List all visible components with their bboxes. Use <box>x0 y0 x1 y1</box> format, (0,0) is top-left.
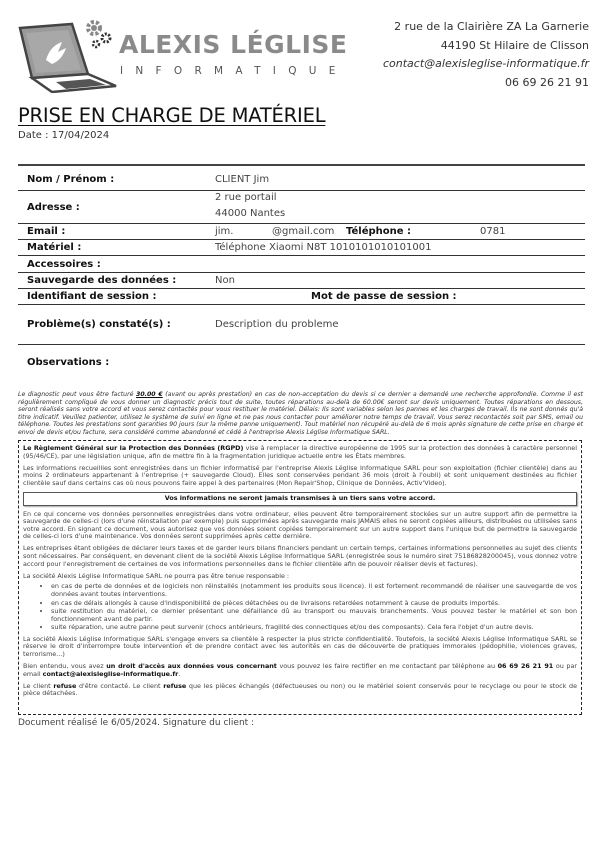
address-line2[interactable]: 44000 Nantes <box>215 208 285 219</box>
observations-label: Observations : <box>27 357 109 368</box>
diagnostic-fee: 30.00 € <box>136 391 163 398</box>
device-value[interactable]: Téléphone Xiaomi N8T 1010101010101001 <box>215 242 431 253</box>
rgpd-paragraph: Le client refuse d'être contacté. Le cli… <box>23 683 577 698</box>
legal-text-intro: Le diagnostic peut vous être facturé <box>18 391 136 398</box>
phone-label: Téléphone : <box>346 226 411 237</box>
address-line1[interactable]: 2 rue portail <box>215 192 277 203</box>
company-logo: ALEXIS LÉGLISE INFORMATIQUE <box>16 18 306 93</box>
document-date: Date : 17/04/2024 <box>18 130 109 141</box>
form-row-device: Matériel : Téléphone Xiaomi N8T 10101010… <box>18 240 585 256</box>
session-id-label: Identifiant de session : <box>27 291 157 302</box>
session-password-label: Mot de passe de session : <box>311 291 457 302</box>
problem-value[interactable]: Description du probleme <box>215 319 339 330</box>
page-title: PRISE EN CHARGE DE MATÉRIEL <box>18 104 325 127</box>
form-row-observations: Observations : <box>18 345 585 379</box>
address-label: Adresse : <box>27 202 80 213</box>
privacy-notice-box: Vos informations ne seront jamais transm… <box>23 492 577 506</box>
backup-value[interactable]: Non <box>215 275 235 286</box>
list-item: suite restitution du matériel, ce dernie… <box>51 608 577 623</box>
rgpd-section: Le Règlement Général sur la Protection d… <box>18 440 582 715</box>
rgpd-text: d'être contacté. Le client <box>76 682 163 690</box>
backup-label: Sauvegarde des données : <box>27 275 176 286</box>
form-row-accessories: Accessoires : <box>18 256 585 273</box>
signature-line: Document réalisé le 6/05/2024. Signature… <box>18 718 254 728</box>
form-row-name: Nom / Prénom : CLIENT Jim <box>18 164 585 191</box>
rgpd-paragraph: Les informations recueillies sont enregi… <box>23 465 577 488</box>
logo-subtitle: INFORMATIQUE <box>120 65 348 77</box>
intake-form: Nom / Prénom : CLIENT Jim Adresse : 2 ru… <box>18 164 585 379</box>
legal-text-body: (avant ou après prestation) en cas de no… <box>18 391 583 436</box>
contact-phone: 06 69 26 21 91 <box>498 662 554 670</box>
accessories-label: Accessoires : <box>27 259 101 270</box>
email-domain[interactable]: @gmail.com <box>272 226 334 237</box>
form-row-email: Email : jim. @gmail.com Téléphone : 0781 <box>18 224 585 240</box>
form-row-session: Identifiant de session : Mot de passe de… <box>18 289 585 305</box>
contact-email-link[interactable]: contact@alexisleglise-informatique.fr <box>43 670 179 678</box>
rgpd-paragraph: Le Règlement Général sur la Protection d… <box>23 445 577 460</box>
liability-list: en cas de perte de données et de logicie… <box>23 583 577 632</box>
rgpd-paragraph: La société Alexis Léglise Informatique S… <box>23 636 577 659</box>
company-email-link[interactable]: contact@alexisleglise-informatique.fr <box>383 55 589 74</box>
rgpd-paragraph: Bien entendu, vous avez un droit d'accès… <box>23 663 577 678</box>
email-local[interactable]: jim. <box>215 226 233 237</box>
rgpd-paragraph: Les entreprises étant obligées de déclar… <box>23 545 577 568</box>
company-phone: 06 69 26 21 91 <box>383 74 589 93</box>
legal-conditions: Le diagnostic peut vous être facturé 30.… <box>18 391 583 437</box>
name-label: Nom / Prénom : <box>27 174 114 185</box>
rgpd-emphasis: refuse <box>163 682 186 690</box>
company-address-line1: 2 rue de la Clairière ZA La Garnerie <box>383 18 589 37</box>
email-label: Email : <box>27 226 65 237</box>
form-row-problem: Problème(s) constaté(s) : Description du… <box>18 305 585 345</box>
company-address-line2: 44190 St Hilaire de Clisson <box>383 37 589 56</box>
list-item: en cas de délais allongés à cause d'indi… <box>51 600 577 608</box>
rgpd-text: . <box>178 670 180 678</box>
phone-value[interactable]: 0781 <box>480 226 505 237</box>
logo-title: ALEXIS LÉGLISE <box>119 30 347 59</box>
device-label: Matériel : <box>27 242 81 253</box>
list-item: suite réparation, une autre panne peut s… <box>51 624 577 632</box>
problem-label: Problème(s) constaté(s) : <box>27 319 171 330</box>
gears-icon <box>84 18 124 58</box>
rgpd-paragraph: En ce qui concerne vos données personnel… <box>23 511 577 541</box>
rgpd-text: vous pouvez les faire rectifier en me co… <box>277 662 498 670</box>
rgpd-paragraph: La société Alexis Léglise Informatique S… <box>23 573 577 581</box>
name-value[interactable]: CLIENT Jim <box>215 174 269 185</box>
form-row-address: Adresse : 2 rue portail 44000 Nantes <box>18 191 585 224</box>
form-row-backup: Sauvegarde des données : Non <box>18 273 585 289</box>
company-info: 2 rue de la Clairière ZA La Garnerie 441… <box>383 18 589 92</box>
list-item: en cas de perte de données et de logicie… <box>51 583 577 598</box>
